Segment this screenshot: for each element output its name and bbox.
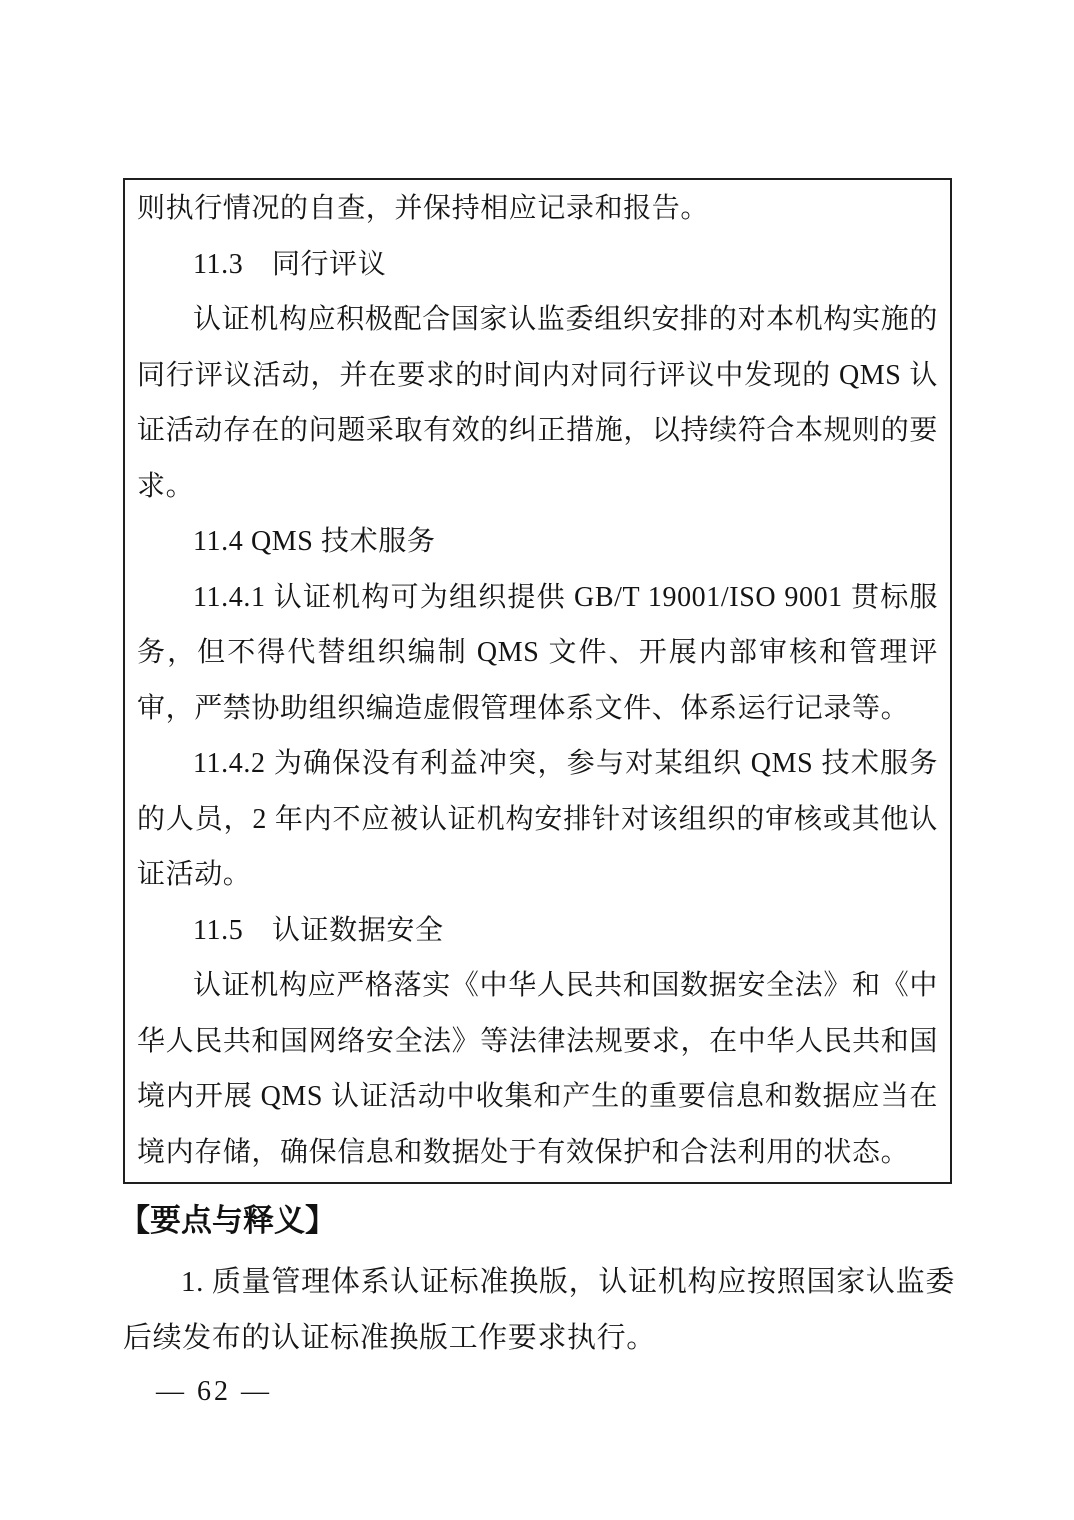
paragraph: 1. 质量管理体系认证标准换版，认证机构应按照国家认监委后续发布的认证标准换版工… bbox=[123, 1254, 955, 1366]
paragraph: 11.4.2 为确保没有利益冲突，参与对某组织 QMS 技术服务的人员，2 年内… bbox=[137, 736, 938, 903]
clause-heading: 11.4 QMS 技术服务 bbox=[137, 514, 938, 570]
notes-paragraphs: 1. 质量管理体系认证标准换版，认证机构应按照国家认监委后续发布的认证标准换版工… bbox=[123, 1254, 955, 1366]
document-page: 则执行情况的自查，并保持相应记录和报告。11.3 同行评议认证机构应积极配合国家… bbox=[0, 0, 1074, 1520]
clause-heading: 11.5 认证数据安全 bbox=[137, 903, 938, 959]
page-number: — 62 — bbox=[156, 1366, 272, 1418]
notes-heading: 【要点与释义】 bbox=[119, 1192, 955, 1250]
paragraph: 认证机构应严格落实《中华人民共和国数据安全法》和《中华人民共和国网络安全法》等法… bbox=[137, 958, 938, 1180]
paragraph: 则执行情况的自查，并保持相应记录和报告。 bbox=[137, 181, 938, 237]
paragraph: 认证机构应积极配合国家认监委组织安排的对本机构实施的同行评议活动，并在要求的时间… bbox=[137, 292, 938, 514]
boxed-rules-text: 则执行情况的自查，并保持相应记录和报告。11.3 同行评议认证机构应积极配合国家… bbox=[123, 178, 952, 1184]
clause-heading: 11.3 同行评议 bbox=[137, 237, 938, 293]
notes-section: 【要点与释义】 1. 质量管理体系认证标准换版，认证机构应按照国家认监委后续发布… bbox=[123, 1192, 955, 1366]
paragraph: 11.4.1 认证机构可为组织提供 GB/T 19001/ISO 9001 贯标… bbox=[137, 570, 938, 737]
